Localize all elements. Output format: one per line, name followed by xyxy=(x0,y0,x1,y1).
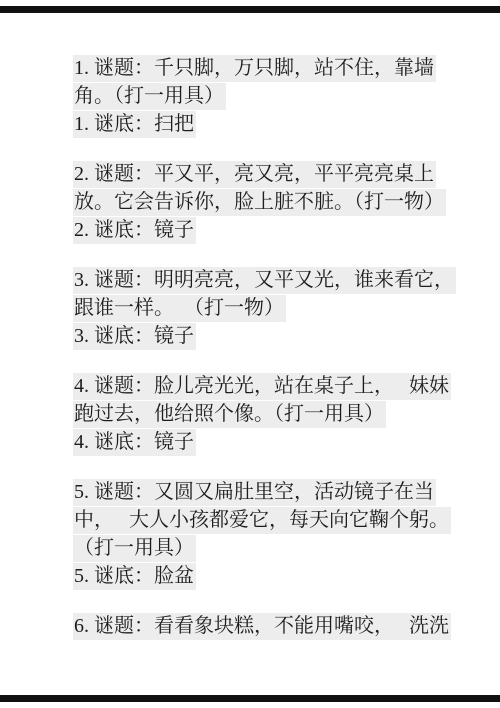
page-bottom-edge-bar xyxy=(0,695,500,702)
riddle-line-text: 6. 谜题：看看象块糕，不能用嘴咬， 洗洗 xyxy=(73,613,451,640)
riddle-line-text: 5. 谜底：脸盆 xyxy=(73,563,196,590)
riddle-line-text: 2. 谜题：平又平，亮又亮，平平亮亮桌上 xyxy=(73,161,436,188)
riddle-line-text: 1. 谜底：扫把 xyxy=(73,111,196,138)
riddle-line-text: 4. 谜底：镜子 xyxy=(73,429,196,456)
riddle-line: 1. 谜底：扫把 xyxy=(73,110,465,138)
riddle-block: 6. 谜题：看看象块糕，不能用嘴咬， 洗洗 xyxy=(73,612,465,640)
riddle-line-text: 3. 谜题：明明亮亮，又平又光，谁来看它， xyxy=(73,267,456,294)
riddle-list: 1. 谜题：千只脚，万只脚，站不住，靠墙角。（打一用具）1. 谜底：扫把2. 谜… xyxy=(73,54,465,640)
riddle-line-text: 角。（打一用具） xyxy=(73,83,226,110)
riddle-line: 2. 谜底：镜子 xyxy=(73,216,465,244)
riddle-line-text: 跟谁一样。 （打一物） xyxy=(73,295,286,322)
riddle-line: 4. 谜底：镜子 xyxy=(73,428,465,456)
riddle-line-text: 5. 谜题：又圆又扁肚里空，活动镜子在当 xyxy=(73,479,436,506)
riddle-line: 跑过去，他给照个像。（打一用具） xyxy=(73,400,465,428)
riddle-block: 3. 谜题：明明亮亮，又平又光，谁来看它，跟谁一样。 （打一物）3. 谜底：镜子 xyxy=(73,266,465,350)
riddle-line-text: 3. 谜底：镜子 xyxy=(73,323,196,350)
riddle-block: 5. 谜题：又圆又扁肚里空，活动镜子在当中， 大人小孩都爱它，每天向它鞠个躬。（… xyxy=(73,478,465,590)
riddle-line: 5. 谜题：又圆又扁肚里空，活动镜子在当 xyxy=(73,478,465,506)
riddle-line-text: 4. 谜题：脸儿亮光光，站在桌子上， 妹妹 xyxy=(73,373,451,400)
riddle-line-text: 中， 大人小孩都爱它，每天向它鞠个躬。 xyxy=(73,507,451,534)
riddle-line: 3. 谜题：明明亮亮，又平又光，谁来看它， xyxy=(73,266,465,294)
riddle-line-text: 跑过去，他给照个像。（打一用具） xyxy=(73,401,386,428)
riddle-line-text: 放。它会告诉你，脸上脏不脏。（打一物） xyxy=(73,189,446,216)
riddle-line: 跟谁一样。 （打一物） xyxy=(73,294,465,322)
riddle-line: 3. 谜底：镜子 xyxy=(73,322,465,350)
riddle-block: 2. 谜题：平又平，亮又亮，平平亮亮桌上放。它会告诉你，脸上脏不脏。（打一物）2… xyxy=(73,160,465,244)
riddle-line: （打一用具） xyxy=(73,534,465,562)
riddle-line: 4. 谜题：脸儿亮光光，站在桌子上， 妹妹 xyxy=(73,372,465,400)
page-top-edge-bar xyxy=(0,6,500,13)
document-page: 1. 谜题：千只脚，万只脚，站不住，靠墙角。（打一用具）1. 谜底：扫把2. 谜… xyxy=(0,0,500,708)
riddle-block: 4. 谜题：脸儿亮光光，站在桌子上， 妹妹跑过去，他给照个像。（打一用具）4. … xyxy=(73,372,465,456)
riddle-line: 1. 谜题：千只脚，万只脚，站不住，靠墙 xyxy=(73,54,465,82)
riddle-line-text: （打一用具） xyxy=(73,535,196,562)
riddle-line-text: 1. 谜题：千只脚，万只脚，站不住，靠墙 xyxy=(73,55,436,82)
riddle-line: 角。（打一用具） xyxy=(73,82,465,110)
riddle-line: 6. 谜题：看看象块糕，不能用嘴咬， 洗洗 xyxy=(73,612,465,640)
riddle-line: 放。它会告诉你，脸上脏不脏。（打一物） xyxy=(73,188,465,216)
riddle-line: 中， 大人小孩都爱它，每天向它鞠个躬。 xyxy=(73,506,465,534)
riddle-line-text: 2. 谜底：镜子 xyxy=(73,217,196,244)
riddle-line: 5. 谜底：脸盆 xyxy=(73,562,465,590)
riddle-line: 2. 谜题：平又平，亮又亮，平平亮亮桌上 xyxy=(73,160,465,188)
riddle-block: 1. 谜题：千只脚，万只脚，站不住，靠墙角。（打一用具）1. 谜底：扫把 xyxy=(73,54,465,138)
